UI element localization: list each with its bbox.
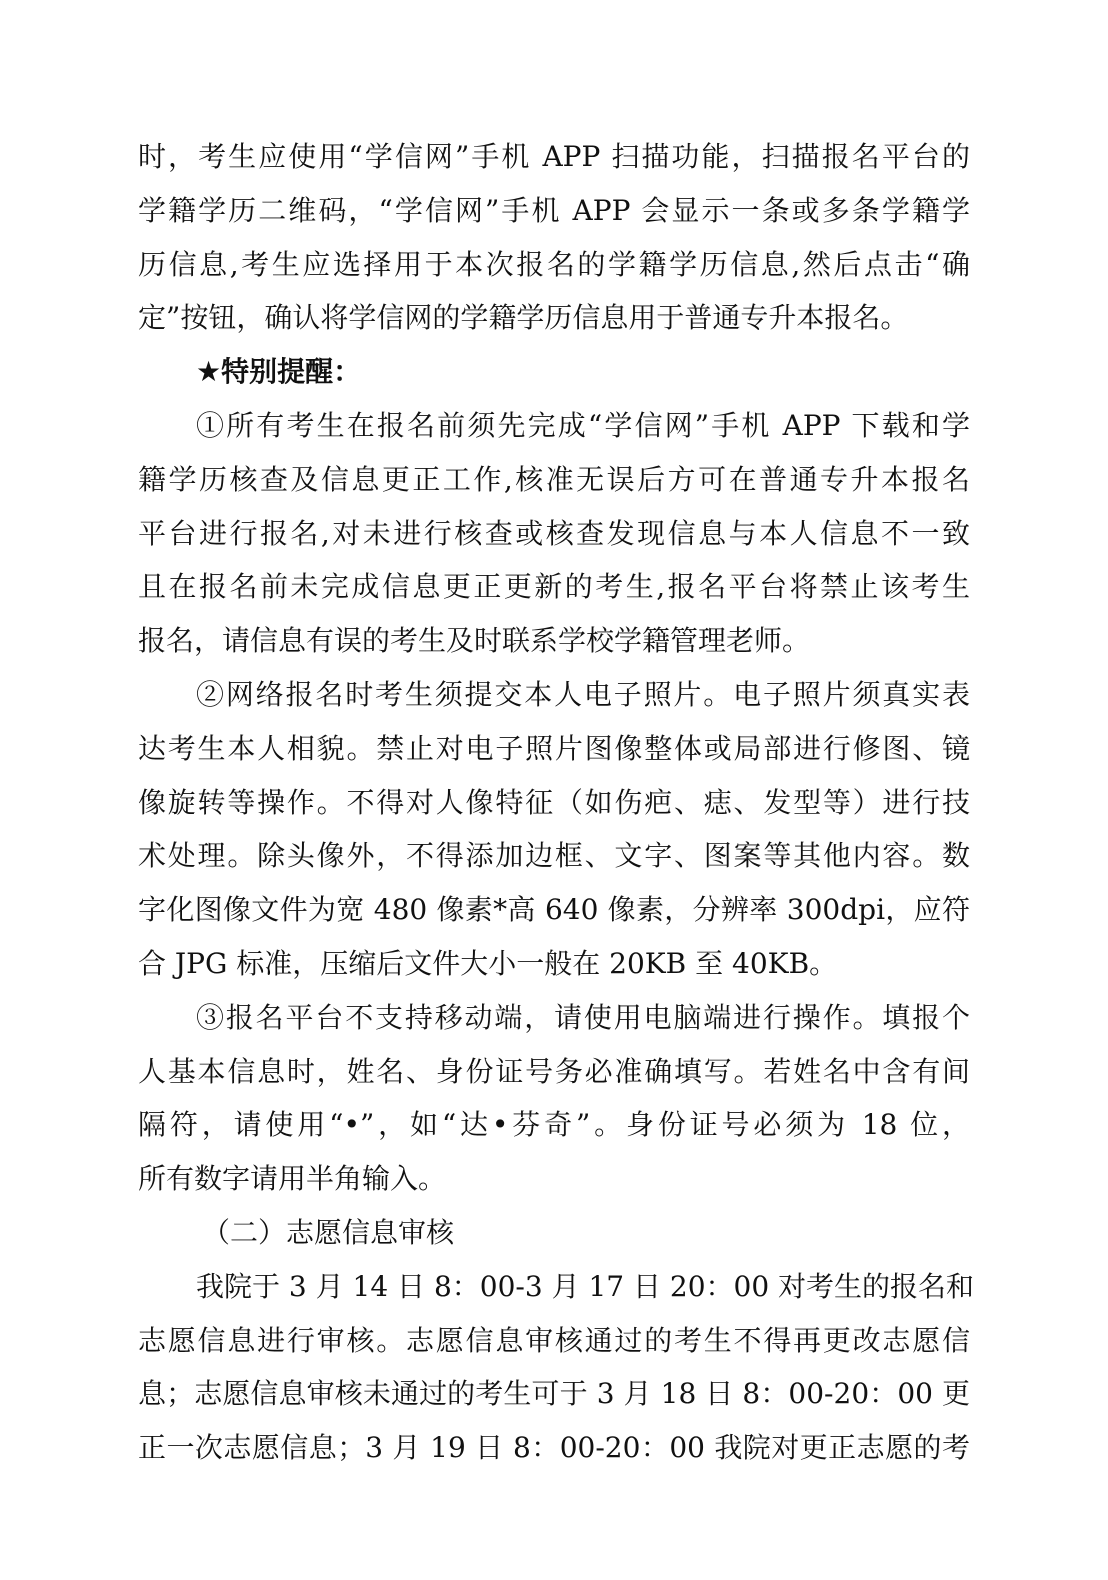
note-1-xuexin-verification: ①所有考生在报名前须先完成“学信网”手机 APP 下载和学 籍学历核查及信息更正…	[138, 399, 970, 668]
text-line: 像旋转等操作。不得对人像特征（如伤疤、痣、发型等）进行技	[138, 776, 970, 830]
text-line: 我院于 3 月 14 日 8：00-3 月 17 日 20：00 对考生的报名和	[138, 1260, 970, 1314]
text-line: 平台进行报名,对未进行核查或核查发现信息与本人信息不一致	[138, 507, 970, 561]
text-line: 籍学历核查及信息更正工作,核准无误后方可在普通专升本报名	[138, 453, 970, 507]
note-2-photo-requirements: ②网络报名时考生须提交本人电子照片。电子照片须真实表 达考生本人相貌。禁止对电子…	[138, 668, 970, 991]
section-heading-volunteer-review: （二）志愿信息审核	[138, 1206, 970, 1260]
special-reminder-heading: ★特别提醒：	[138, 345, 970, 399]
text-line: 隔符，请使用“•”，如“达•芬奇”。身份证号必须为 18 位，	[138, 1098, 970, 1152]
document-body: 时，考生应使用“学信网”手机 APP 扫描功能，扫描报名平台的 学籍学历二维码，…	[138, 130, 970, 1475]
paragraph-qr-scan-instructions: 时，考生应使用“学信网”手机 APP 扫描功能，扫描报名平台的 学籍学历二维码，…	[138, 130, 970, 345]
text-line: ★特别提醒：	[138, 345, 970, 399]
text-line: 且在报名前未完成信息更正更新的考生,报名平台将禁止该考生	[138, 560, 970, 614]
text-line: 人基本信息时，姓名、身份证号务必准确填写。若姓名中含有间	[138, 1045, 970, 1099]
document-page: 时，考生应使用“学信网”手机 APP 扫描功能，扫描报名平台的 学籍学历二维码，…	[0, 0, 1108, 1580]
text-line: 正一次志愿信息；3 月 19 日 8：00-20：00 我院对更正志愿的考	[138, 1421, 970, 1475]
text-line: ③报名平台不支持移动端，请使用电脑端进行操作。填报个	[138, 991, 970, 1045]
text-line: ②网络报名时考生须提交本人电子照片。电子照片须真实表	[138, 668, 970, 722]
text-line: 定”按钮，确认将学信网的学籍学历信息用于普通专升本报名。	[138, 291, 970, 345]
text-line: 达考生本人相貌。禁止对电子照片图像整体或局部进行修图、镜	[138, 722, 970, 776]
text-line: 术处理。除头像外，不得添加边框、文字、图案等其他内容。数	[138, 829, 970, 883]
text-line: 时，考生应使用“学信网”手机 APP 扫描功能，扫描报名平台的	[138, 130, 970, 184]
text-line: 学籍学历二维码，“学信网”手机 APP 会显示一条或多条学籍学	[138, 184, 970, 238]
note-3-platform-input-rules: ③报名平台不支持移动端，请使用电脑端进行操作。填报个 人基本信息时，姓名、身份证…	[138, 991, 970, 1206]
section-title: （二）志愿信息审核	[138, 1206, 970, 1260]
text-line: 历信息,考生应选择用于本次报名的学籍学历信息,然后点击“确	[138, 238, 970, 292]
paragraph-review-schedule: 我院于 3 月 14 日 8：00-3 月 17 日 20：00 对考生的报名和…	[138, 1260, 970, 1475]
text-line: 合 JPG 标准，压缩后文件大小一般在 20KB 至 40KB。	[138, 937, 970, 991]
text-line: 字化图像文件为宽 480 像素*高 640 像素，分辨率 300dpi，应符	[138, 883, 970, 937]
text-line: 报名，请信息有误的考生及时联系学校学籍管理老师。	[138, 614, 970, 668]
text-line: 息；志愿信息审核未通过的考生可于 3 月 18 日 8：00-20：00 更	[138, 1367, 970, 1421]
text-line: 所有数字请用半角输入。	[138, 1152, 970, 1206]
text-line: 志愿信息进行审核。志愿信息审核通过的考生不得再更改志愿信	[138, 1314, 970, 1368]
text-line: ①所有考生在报名前须先完成“学信网”手机 APP 下载和学	[138, 399, 970, 453]
